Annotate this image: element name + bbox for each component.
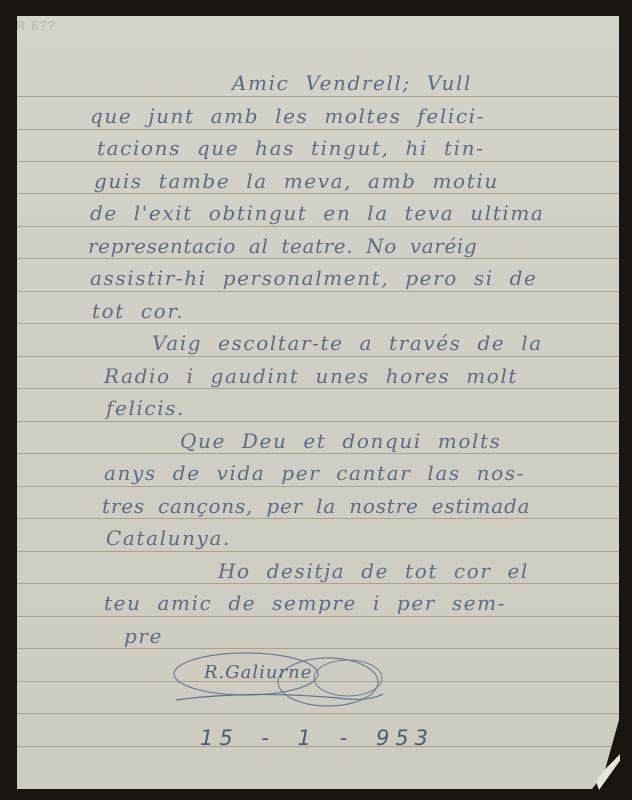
letter-line-16: teu amic de sempre i per sem- <box>104 593 506 613</box>
letter-line-5: representacio al teatre. No varéig <box>88 236 477 256</box>
letter-line-11: Que Deu et donqui molts <box>180 431 501 451</box>
letter-line-14: Catalunya. <box>106 528 231 548</box>
rule-line <box>17 551 619 552</box>
salutation: Amic Vendrell; Vull <box>232 73 472 93</box>
rule-line <box>17 129 619 130</box>
rule-line <box>17 616 619 617</box>
rule-line <box>17 388 619 389</box>
rule-line <box>17 421 619 422</box>
archive-mark: R 6?? <box>16 18 56 33</box>
rule-line <box>17 96 619 97</box>
letter-line-6: assistir-hi personalment, pero si de <box>90 268 538 288</box>
rule-line <box>17 193 619 194</box>
rule-line <box>17 291 619 292</box>
letter-line-1: que junt amb les moltes felici- <box>90 106 485 126</box>
rule-line <box>17 226 619 227</box>
letter-line-17: pre <box>124 626 163 646</box>
letter-line-10: felicis. <box>106 398 185 418</box>
letter-line-12: anys de vida per cantar las nos- <box>104 463 525 483</box>
rule-line <box>17 648 619 649</box>
letter-line-3: guis tambe la meva, amb motiu <box>94 171 499 191</box>
letter-line-13: tres cançons, per la nostre estimada <box>102 496 530 516</box>
rule-line <box>17 161 619 162</box>
signature-name: R.Galiurne <box>204 662 312 683</box>
rule-line <box>17 453 619 454</box>
rule-line <box>17 323 619 324</box>
rule-line <box>17 258 619 259</box>
letter-line-15: Ho desitja de tot cor el <box>218 561 529 581</box>
letter-line-8: Vaig escoltar-te a través de la <box>152 333 543 353</box>
rule-line <box>17 356 619 357</box>
rule-line <box>17 486 619 487</box>
scan-frame: R 6?? Amic Vendrell; Vull que junt amb l… <box>0 0 632 800</box>
rule-line <box>17 583 619 584</box>
signature: R.Galiurne <box>168 650 398 710</box>
letter-line-9: Radio i gaudint unes hores molt <box>104 366 518 386</box>
letter-line-4: de l'exit obtingut en la teva ultima <box>90 203 544 223</box>
letter-line-7: tot cor. <box>92 301 184 321</box>
rule-line <box>17 713 619 714</box>
rule-line <box>17 518 619 519</box>
letter-date: 15 - 1 - 953 <box>200 726 434 750</box>
letter-line-2: tacions que has tingut, hi tin- <box>97 138 484 158</box>
